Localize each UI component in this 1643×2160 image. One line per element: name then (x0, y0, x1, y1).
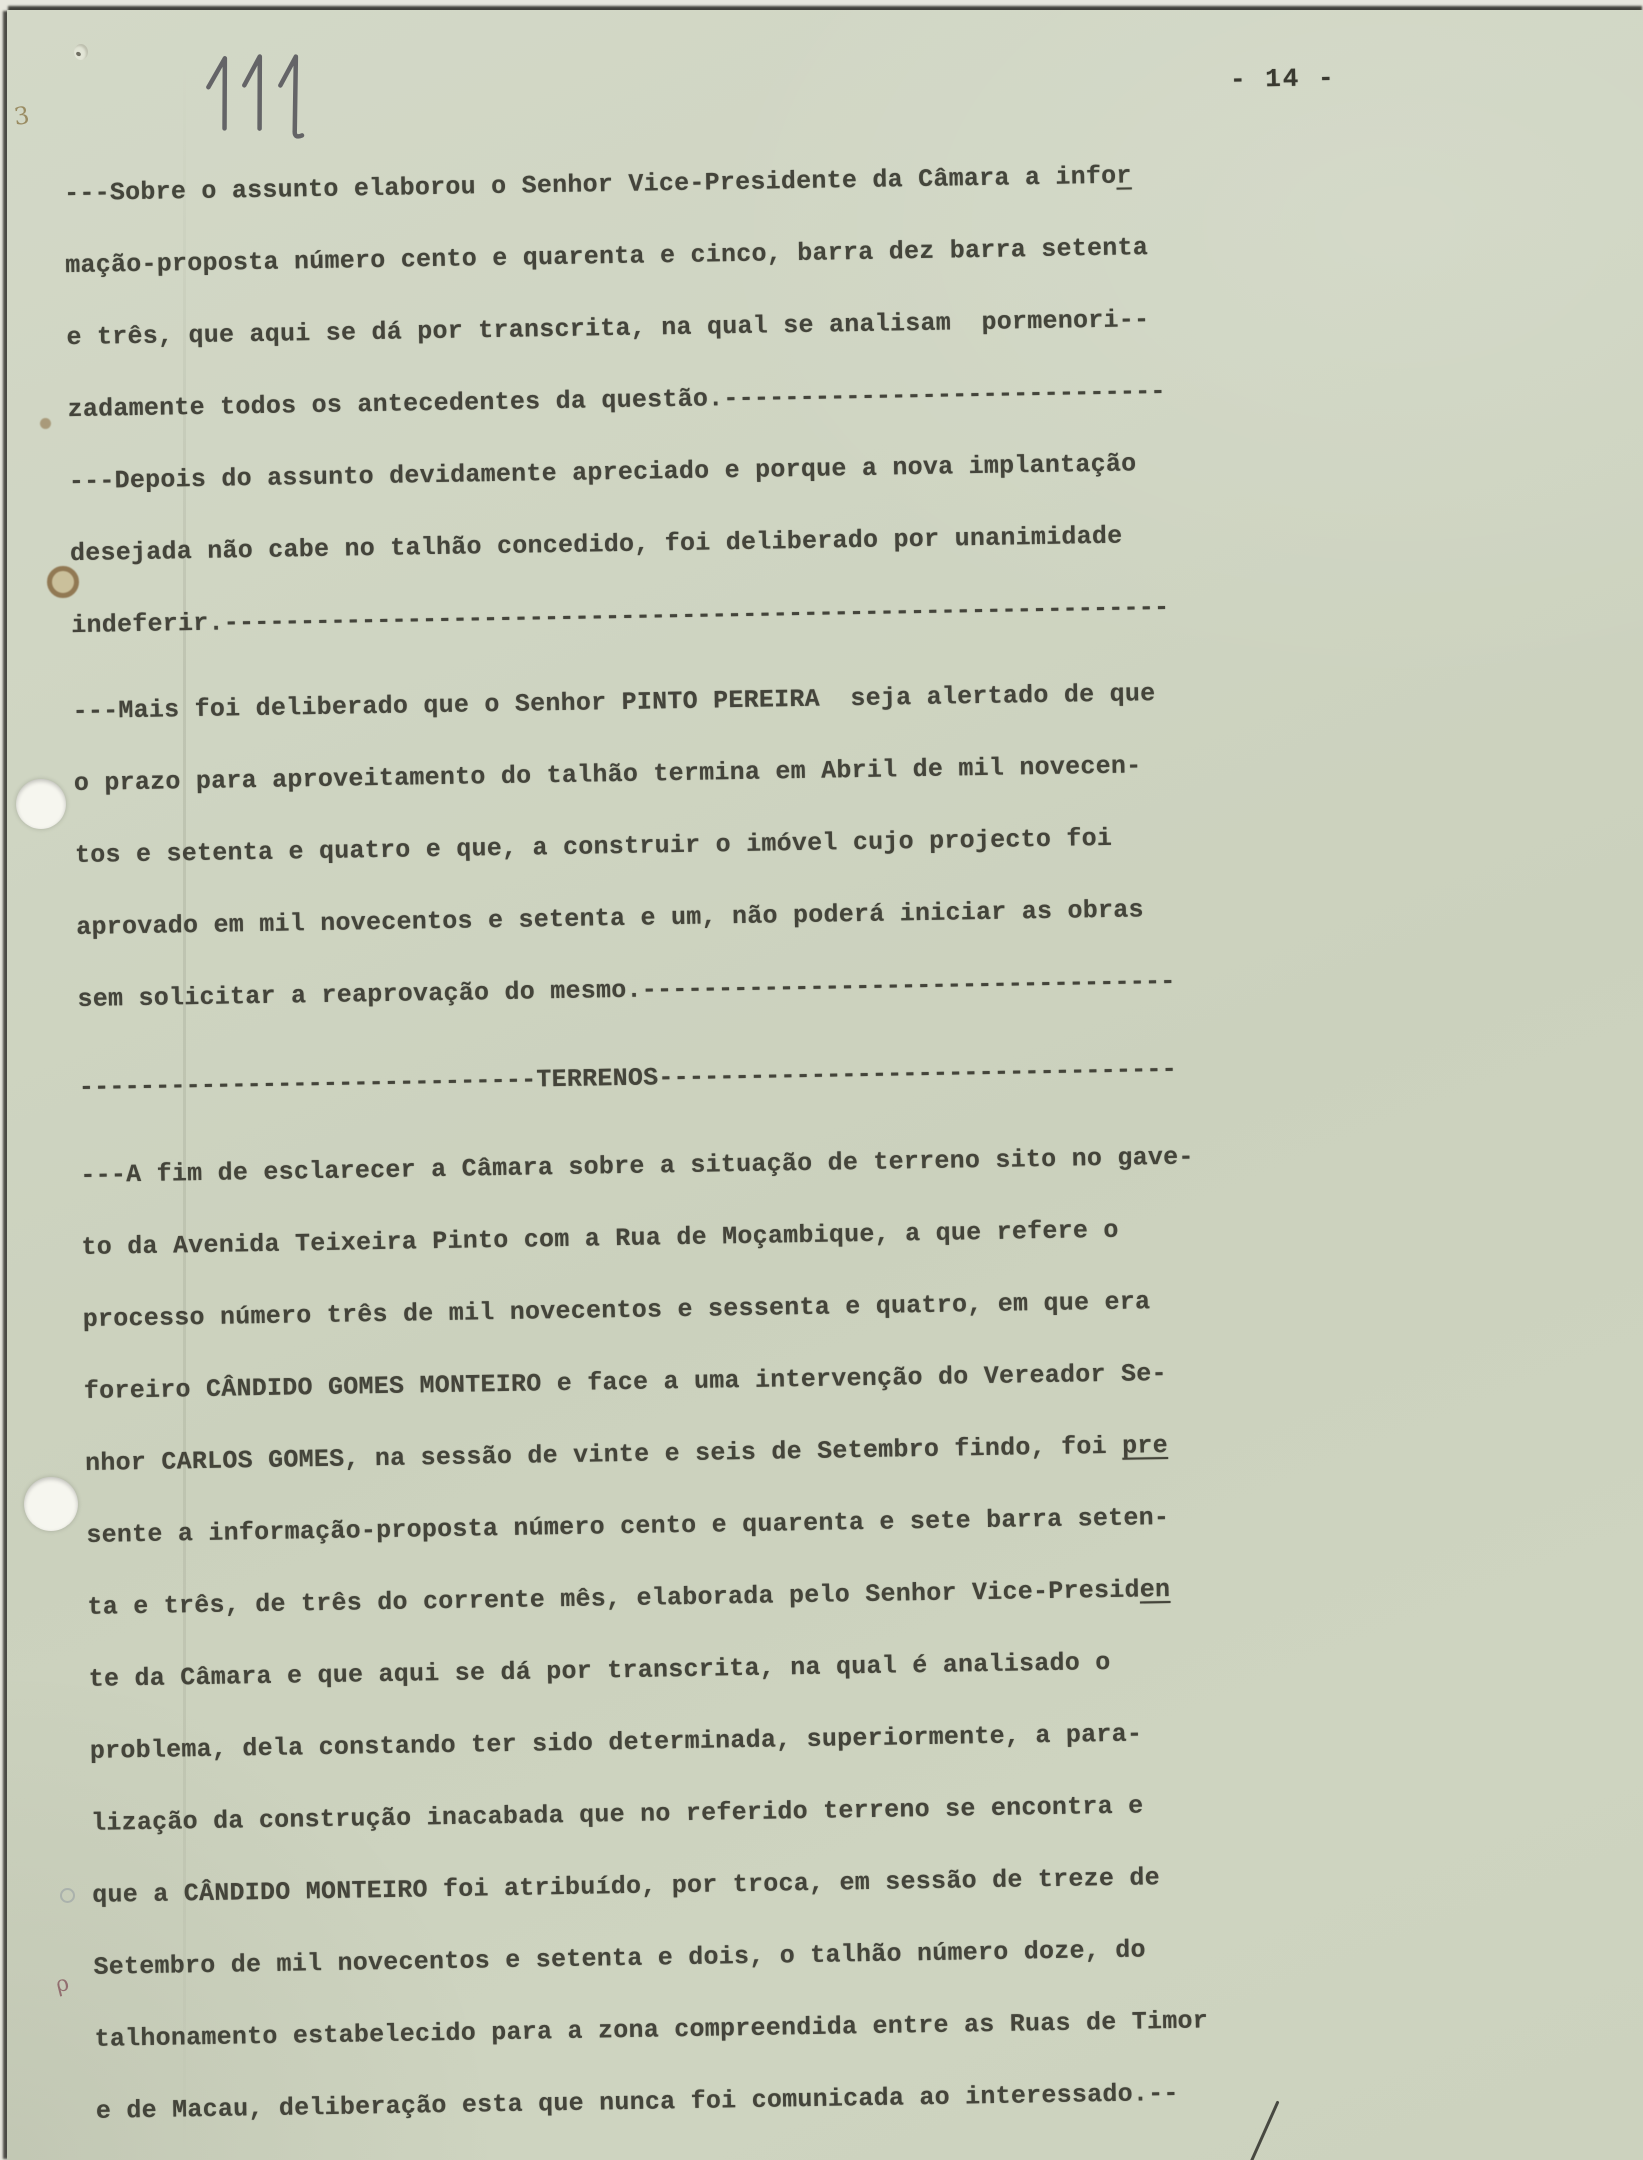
rust-stain (40, 418, 51, 429)
handwritten-number: 111 (202, 45, 337, 152)
punch-hole-bottom (24, 1477, 78, 1531)
document-line: ------------------------------TERRENOS--… (78, 1033, 1204, 1124)
punch-hole-top (16, 779, 66, 829)
page-number: - 14 - (1230, 63, 1336, 95)
document-text: ---Sobre o assunto elaborou o Senhor Vic… (64, 139, 1222, 2147)
paper-blemish (74, 44, 88, 60)
pencil-strokes-icon (202, 45, 337, 152)
scanned-page: { "page": { "page_number": "- 14 -", "ha… (0, 0, 1643, 2160)
ring-mark (60, 1888, 75, 1903)
